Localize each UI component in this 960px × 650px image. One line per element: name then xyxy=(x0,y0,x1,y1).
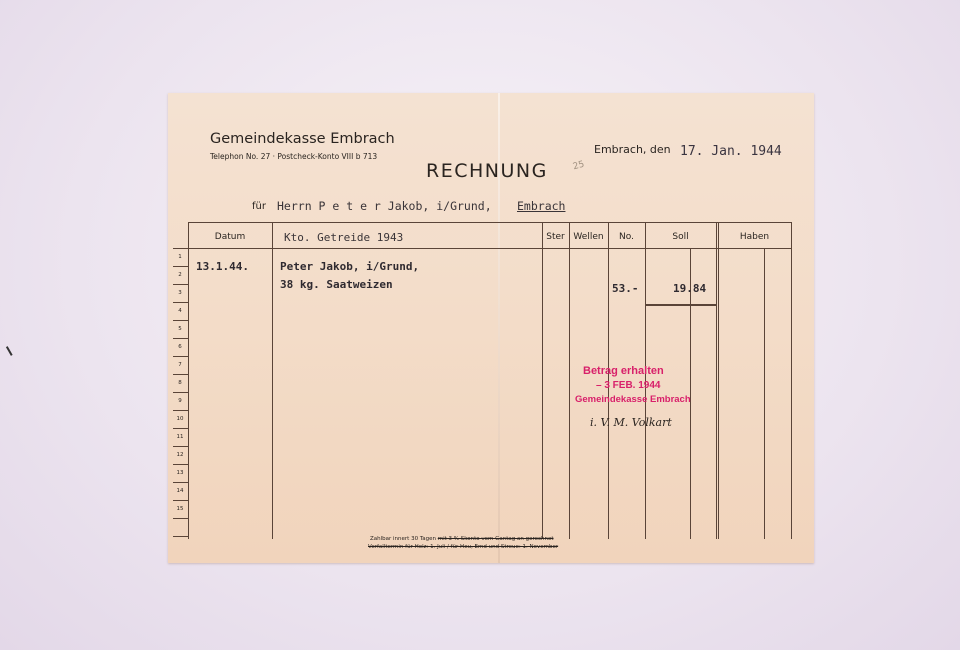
row-tick xyxy=(173,518,188,519)
col-divider-desc xyxy=(542,222,543,539)
row-number: 8 xyxy=(173,380,187,386)
header-ster: Ster xyxy=(542,226,569,248)
row-tick xyxy=(173,410,188,411)
row-number: 1 xyxy=(173,254,187,260)
row-number: 14 xyxy=(173,488,187,494)
table-top-border xyxy=(188,222,792,223)
footer-line1: Zahlbar innert 30 Tagen mit 3 % Skonto v… xyxy=(370,536,554,542)
col-divider-date xyxy=(272,222,273,539)
row-number: 3 xyxy=(173,290,187,296)
row-tick xyxy=(173,302,188,303)
invoice-document: Gemeindekasse Embrach Telephon No. 27 · … xyxy=(168,93,814,563)
row-tick xyxy=(173,284,188,285)
footer-line2: Verfalltermin für Holz: 1. Juli / für He… xyxy=(368,544,558,550)
entry-no: 53.- xyxy=(612,282,639,295)
ledger-table: 1 2 3 4 5 6 7 8 9 10 11 12 13 14 15 Datu… xyxy=(168,93,814,563)
stamp-date: – 3 FEB. 1944 xyxy=(596,380,660,391)
entry-soll: 19.84 xyxy=(673,282,706,295)
soll-sum-line xyxy=(645,304,717,306)
row-tick xyxy=(173,338,188,339)
col-divider-soll-b xyxy=(718,222,719,539)
row-tick xyxy=(173,446,188,447)
row-tick xyxy=(173,356,188,357)
background-mark xyxy=(6,344,16,356)
row-tick xyxy=(173,392,188,393)
row-tick xyxy=(173,374,188,375)
row-number: 12 xyxy=(173,452,187,458)
row-number: 13 xyxy=(173,470,187,476)
stamp-received: Betrag erhalten xyxy=(583,365,664,377)
header-bottom-border xyxy=(173,248,792,249)
header-soll: Soll xyxy=(645,226,716,248)
entry-date: 13.1.44. xyxy=(196,260,249,273)
header-haben: Haben xyxy=(718,226,791,248)
col-divider-ster xyxy=(569,222,570,539)
row-tick xyxy=(173,320,188,321)
row-number: 7 xyxy=(173,362,187,368)
row-tick xyxy=(173,266,188,267)
signature: i. V. M. Volkart xyxy=(590,416,672,429)
header-wellen: Wellen xyxy=(569,226,608,248)
row-number: 9 xyxy=(173,398,187,404)
header-date: Datum xyxy=(188,226,272,248)
row-tick xyxy=(173,482,188,483)
payment-terms: Zahlbar innert 30 Tagen xyxy=(370,536,436,542)
row-tick xyxy=(173,428,188,429)
row-tick xyxy=(173,536,188,537)
col-divider-rownum xyxy=(188,222,189,539)
row-number: 4 xyxy=(173,308,187,314)
row-number: 2 xyxy=(173,272,187,278)
discount-terms-struck: mit 3 % Skonto vom Gantag an gerechnet xyxy=(438,536,554,542)
row-number: 15 xyxy=(173,506,187,512)
entry-description-line2: 38 kg. Saatweizen xyxy=(280,278,393,291)
header-no: No. xyxy=(608,226,645,248)
row-tick xyxy=(173,464,188,465)
col-divider-haben-right xyxy=(791,222,792,539)
entry-description-line1: Peter Jakob, i/Grund, xyxy=(280,260,419,273)
col-divider-soll-a xyxy=(716,222,717,539)
row-number: 10 xyxy=(173,416,187,422)
row-number: 6 xyxy=(173,344,187,350)
row-number: 11 xyxy=(173,434,187,440)
col-divider-haben-cents xyxy=(764,248,765,539)
header-account: Kto. Getreide 1943 xyxy=(284,226,534,248)
row-tick xyxy=(173,500,188,501)
stamp-organization: Gemeindekasse Embrach xyxy=(575,394,691,405)
row-number: 5 xyxy=(173,326,187,332)
